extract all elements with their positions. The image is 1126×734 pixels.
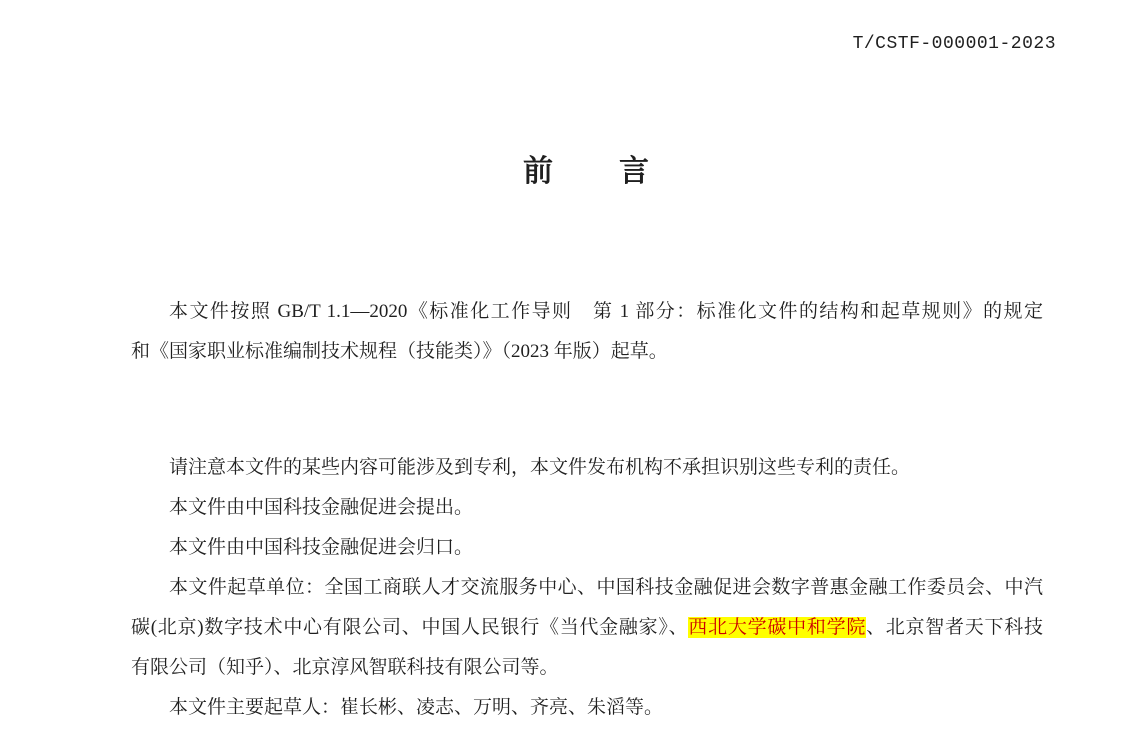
paragraph-basis-line-1: 本文件按照 GB/T 1.1—2020《标准化工作导则 第 1 部分：标准化文件… <box>131 292 1043 332</box>
drafting-units-text-after: 、北京智者天下科技 <box>866 617 1043 638</box>
document-body: 本文件按照 GB/T 1.1—2020《标准化工作导则 第 1 部分：标准化文件… <box>131 292 1043 728</box>
paragraph-drafting-units-line-3: 有限公司（知乎）、北京淳风智联科技有限公司等。 <box>131 648 1043 688</box>
paragraph-managed-by: 本文件由中国科技金融促进会归口。 <box>131 528 1043 568</box>
paragraph-drafting-units-line-1: 本文件起草单位：全国工商联人才交流服务中心、中国科技金融促进会数字普惠金融工作委… <box>131 568 1043 608</box>
highlighted-text: 西北大学碳中和学院 <box>688 617 866 638</box>
page-title: 前 言 <box>131 146 1043 190</box>
paragraph-proposed-by: 本文件由中国科技金融促进会提出。 <box>131 488 1043 528</box>
document-page: T/CSTF-000001-2023 前 言 本文件按照 GB/T 1.1—20… <box>0 0 1126 734</box>
standard-number: T/CSTF-000001-2023 <box>853 34 1056 54</box>
paragraph-basis-line-2: 和《国家职业标准编制技术规程（技能类）》（2023 年版）起草。 <box>131 332 1043 372</box>
paragraph-patent-notice: 请注意本文件的某些内容可能涉及到专利，本文件发布机构不承担识别这些专利的责任。 <box>131 448 1043 488</box>
paragraph-drafting-units-line-2: 碳(北京)数字技术中心有限公司、中国人民银行《当代金融家》、西北大学碳中和学院、… <box>131 608 1043 648</box>
paragraph-main-drafters: 本文件主要起草人：崔长彬、凌志、万明、齐亮、朱滔等。 <box>131 688 1043 728</box>
drafting-units-text-before: 碳(北京)数字技术中心有限公司、中国人民银行《当代金融家》、 <box>131 617 688 638</box>
